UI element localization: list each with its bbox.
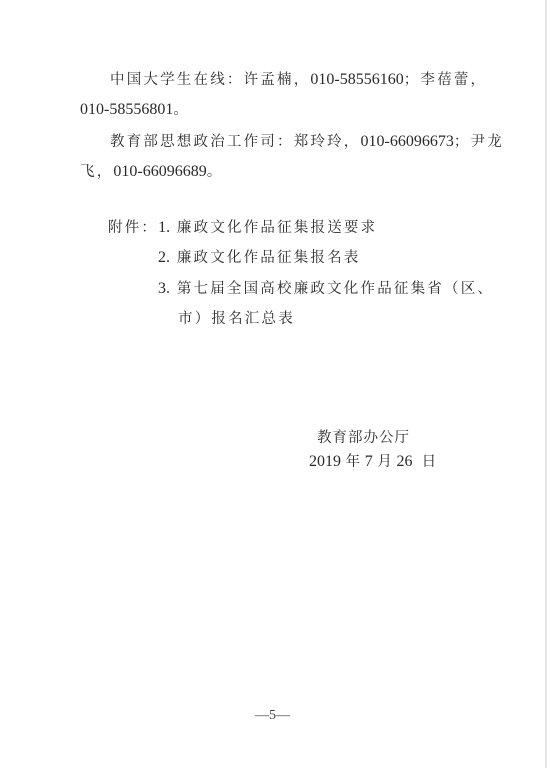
attachment-title-continuation: 市）报名汇总表: [178, 311, 295, 327]
contact-text: ；李蓓蕾，: [404, 72, 488, 88]
attachment-title: 廉政文化作品征集报送要求: [177, 220, 377, 236]
attachment-item-3: 3. 第七届全国高校廉政文化作品征集省（区、: [158, 279, 494, 299]
attachment-number: 1.: [158, 219, 170, 236]
attachments-label: 附件：: [108, 220, 158, 236]
signature-date: 2019 年 7 月 26 日: [309, 452, 436, 472]
contact-phone: 010-66096673: [361, 133, 454, 150]
contact-text: ；尹龙: [454, 134, 504, 150]
contact-phone: 010-66096689: [113, 163, 206, 180]
date-year: 2019: [309, 453, 341, 470]
signature-organization: 教育部办公厅: [317, 428, 410, 448]
date-day: 26: [396, 453, 412, 470]
contact-phone: 010-58556160: [310, 71, 403, 88]
contact-line-cuc: 中国大学生在线：许孟楠，010-58556160；李蓓蕾，: [110, 70, 487, 90]
attachment-item-1: 附件：1. 廉政文化作品征集报送要求: [108, 218, 377, 238]
attachment-title: 廉政文化作品征集报名表: [177, 250, 361, 266]
contact-text: 。: [207, 164, 224, 180]
date-year-unit: 年: [346, 454, 361, 470]
contact-line-moe-cont: 飞，010-66096689。: [80, 162, 223, 182]
contact-text: 中国大学生在线：许孟楠，: [110, 72, 310, 88]
contact-text: 。: [173, 102, 190, 118]
attachment-number: 2.: [158, 249, 170, 266]
contact-text: 飞，: [80, 164, 113, 180]
date-day-unit: 日: [422, 454, 437, 470]
date-month-unit: 月: [377, 454, 392, 470]
attachment-title: 第七届全国高校廉政文化作品征集省（区、: [177, 281, 494, 297]
contact-phone: 010-58556801: [80, 101, 173, 118]
attachment-item-3-cont: 市）报名汇总表: [178, 309, 295, 329]
page-number: —5—: [250, 708, 295, 724]
date-month: 7: [365, 453, 373, 470]
attachment-number: 3.: [158, 280, 170, 297]
contact-line-moe: 教育部思想政治工作司：郑玲玲，010-66096673；尹龙: [110, 132, 504, 152]
attachment-item-2: 2. 廉政文化作品征集报名表: [158, 248, 361, 268]
contact-text: 教育部思想政治工作司：郑玲玲，: [110, 134, 361, 150]
contact-line-cuc-cont: 010-58556801。: [80, 100, 190, 120]
